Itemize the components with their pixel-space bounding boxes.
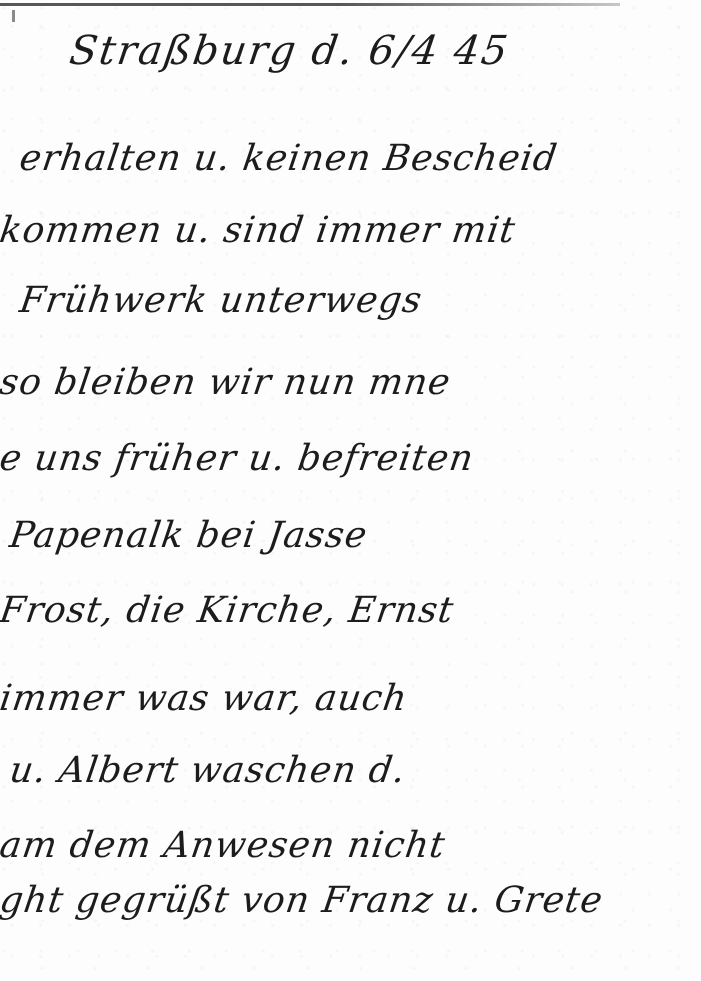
margin-mark [12,10,15,22]
letter-line-1: erhalten u. keinen Bescheid [17,138,560,179]
letter-line-8: immer was war, auch [0,678,410,719]
letter-heading-place-date: Straßburg d. 6/4 45 [67,28,512,74]
top-edge-rule [0,3,620,6]
letter-page: Straßburg d. 6/4 45 erhalten u. keinen B… [0,0,701,981]
letter-line-3: Frühwerk unterwegs [17,280,425,321]
letter-line-2: kommen u. sind immer mit [0,210,518,251]
letter-line-7: Frost, die Kirche, Ernst [0,590,457,631]
letter-line-10: am dem Anwesen nicht [0,825,448,866]
letter-line-5: e uns früher u. befreiten [0,438,477,479]
letter-line-6: Papenalk bei Jasse [7,515,370,556]
letter-line-9: u. Albert waschen d. [7,750,408,791]
letter-line-11: ght gegrüßt von Franz u. Grete [0,880,606,921]
letter-line-4: so bleiben wir nun mne [0,362,453,403]
